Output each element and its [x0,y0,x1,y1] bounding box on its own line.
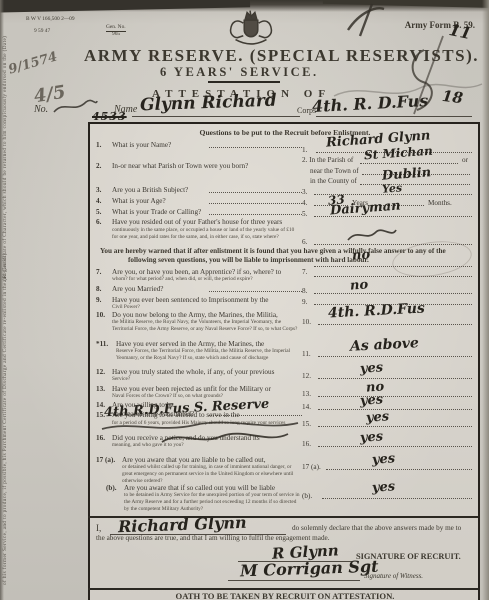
answer-num-8: 8. [302,287,307,295]
scribble-icon [346,228,398,244]
name-line [132,116,300,117]
question-11-sub: Reserve Forces, the Territorial Force, t… [116,348,298,362]
question-9-sub: Civil Power? [112,304,298,311]
answer-2-county-label: in the County of [310,177,357,185]
margin-note-top: and Certificate of Character, which shou… [3,62,9,282]
answer-2-prefix: 2. In the Parish of [302,156,353,164]
answer-num-15: 15. [302,420,311,428]
margin-ref-1: 9/1574 [7,49,59,77]
witness-signature-label: Signature of Witness. [364,572,423,580]
answer-2-or: or [462,156,468,164]
answer-line-13 [318,396,472,397]
answer-num-14: 14. [302,403,311,411]
answer-line-12 [318,378,472,379]
answer-line-17a [326,469,472,470]
declaration-text-1: do solemnly declare that the above answe… [292,524,474,533]
question-6: 6.Have you resided out of your Father's … [96,218,304,227]
answer-17a-handwriting: yes [372,451,396,468]
answer-num-16: 16. [302,440,311,448]
answer-num-6: 6. [302,238,307,246]
answer-line-16 [318,446,472,447]
question-1: 1.What is your Name? [96,141,304,150]
declaration-text-2: the above questions are true, and that I… [96,534,474,543]
answer-line-11 [318,356,472,357]
question-3: 3.Are you a British Subject? [96,186,304,195]
subtitle-rule [208,81,280,83]
question-6-sub: continuously in the same place, or occup… [112,227,298,241]
print-code-2: 9 59 47 [34,28,50,35]
print-code: B W V 166,500 2—09 [26,16,75,23]
royal-crest-icon [222,8,280,48]
answer-line-2a [360,163,458,164]
answer-3-handwriting: Yes [382,181,403,195]
answer-line-10 [318,324,472,325]
question-7-sub: whom? for what period? and, when did, or… [112,276,298,283]
answer-num-4: 4. [302,199,307,207]
question-17b-sub: to be detained in Army Service for the u… [124,492,300,513]
answer-num-1: 1. [302,146,307,154]
name-value-handwriting: Glynn Richard [140,91,277,116]
answer-num-7: 7. [302,268,307,276]
answer-15-handwriting: yes [366,409,390,426]
declaration-i-label: I, [96,523,101,533]
answer-line-17b [322,498,472,499]
answer-8-handwriting: no [349,277,368,293]
gen-no-value: 965 [112,31,120,38]
answer-17b-handwriting: yes [372,479,396,496]
answer-num-3: 3. [302,188,307,196]
question-17a-sub: or detained whilst called up for trainin… [122,464,300,485]
question-8: 8.Are you Married? [96,285,304,294]
pen-stroke-icon [330,0,489,130]
answer-num-13: 13. [302,390,311,398]
question-10-sub: the Militia Reserve, the Royal Navy, the… [112,319,298,333]
question-5: 5.What is your Trade or Calling? [96,208,304,217]
answer-num-9: 9. [302,298,307,306]
answer-4-months-label: Months. [428,199,452,207]
form-subtitle: 6 YEARS' SERVICE. [160,65,319,80]
oath-heading: OATH TO BE TAKEN BY RECRUIT ON ATTESTATI… [110,591,460,600]
scribble-icon [160,430,290,448]
question-13-sub: Naval Forces of the Crown? If so, on wha… [112,393,298,400]
footer-rule [88,588,478,590]
answer-16-handwriting: yes [360,429,384,446]
answer-num-5: 5. [302,210,307,218]
question-4: 4.What is your Age? [96,197,304,206]
answer-num-12: 12. [302,372,311,380]
answer-line-7b [314,276,472,277]
answer-line-2c [360,184,470,185]
answer-num-10: 10. [302,318,311,326]
answer-line-8 [314,293,472,294]
answer-2-town-label: near the Town of [310,167,359,175]
answer-line-15 [318,426,472,427]
answer-num-17a: 17 (a). [302,463,321,471]
margin-note-bottom: of his former Service, and to produce, i… [3,330,9,585]
answer-7-handwriting: no [351,247,370,263]
scanned-attestation-form: B W V 166,500 2—09 9 59 47 Gen. No. 965 … [0,0,489,600]
answer-num-17b: (b). [302,492,312,500]
answer-14-handwriting: yes [360,392,384,409]
answer-12-handwriting: yes [360,360,384,377]
question-2: 2.In-or near what Parish or Town were yo… [96,162,304,171]
question-12-sub: Service? [112,376,298,383]
answer-num-11: 11. [302,350,311,358]
answer-line-14 [318,409,472,410]
